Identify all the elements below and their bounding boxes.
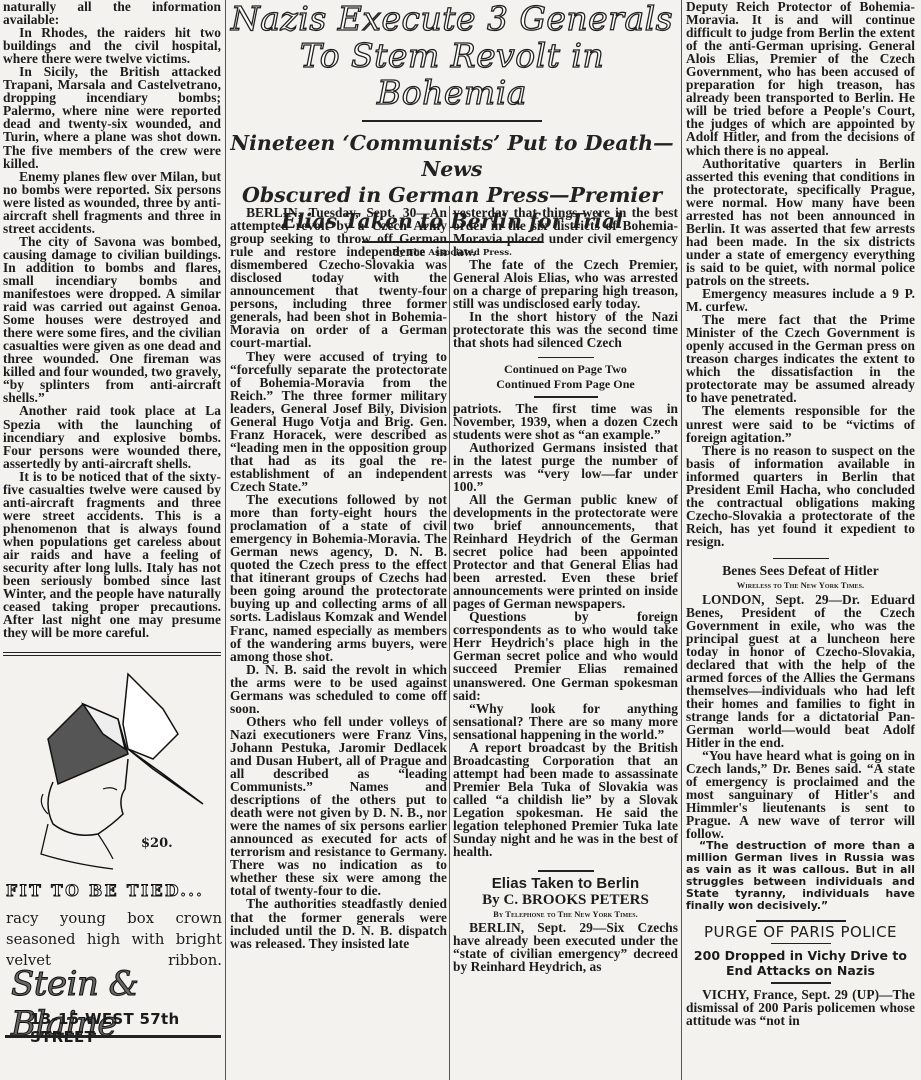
article-paragraph: naturally all the information available: [3,0,221,26]
section-rule [773,558,829,560]
headline-rule [362,120,542,122]
section-rule [756,920,846,922]
ad-price: $20. [141,836,173,851]
benes-headline: Benes Sees Defeat of Hitler [686,563,915,579]
article-paragraph: “You have heard what is going on in Czec… [686,749,915,840]
column-main-article: BERLIN, Tuesday, Sept. 30—An attempted r… [230,206,447,950]
section-rule [538,357,594,359]
sidebar-byline: By C. BROOKS PETERS [453,892,678,908]
article-paragraph: VICHY, France, Sept. 29 (UP)—The dismiss… [686,988,915,1027]
article-paragraph: In Sicily, the British attacked Trapani,… [3,65,221,169]
section-rule [771,943,831,945]
subheadline-line-1: Nineteen ‘Communists’ Put to Death—News [224,130,680,182]
article-paragraph: The elements responsible for the unrest … [686,404,915,443]
article-paragraph: “The destruction of more than a million … [686,840,915,912]
article-paragraph: LONDON, Sept. 29—Dr. Eduard Benes, Presi… [686,593,915,750]
article-paragraph: In Rhodes, the raiders hit two buildings… [3,26,221,65]
article-paragraph: Another raid took place at La Spezia wit… [3,404,221,469]
article-paragraph: There is no reason to suspect on the bas… [686,444,915,548]
article-paragraph: Authoritative quarters in Berlin asserte… [686,157,915,287]
section-rule [771,982,831,984]
article-paragraph: yesterday that things were in the best o… [453,206,678,258]
article-paragraph: Authorized Germans insisted that in the … [453,441,678,493]
article-paragraph: The fate of the Czech Premier, General A… [453,258,678,310]
article-paragraph: All the German public knew of developmen… [453,493,678,610]
section-rule [538,870,594,872]
column-rule [449,206,450,1080]
continued-from-label: Continued From Page One [453,377,678,392]
sidebar-wire-credit: By Telephone to The New York Times. [453,908,678,921]
article-paragraph: The mere fact that the Prime Minister of… [686,313,915,404]
main-headline-line-1: Nazis Execute 3 Generals [224,0,680,37]
article-paragraph: The authorities steadfastly denied that … [230,897,447,949]
article-paragraph: BERLIN, Sept. 29—Six Czechs have already… [453,921,678,973]
article-paragraph: Questions by foreign correspondents as t… [453,610,678,701]
column-rule [681,0,682,1080]
article-paragraph: It is to be noticed that of the sixty-fi… [3,470,221,640]
article-paragraph: Enemy planes flew over Milan, but no bom… [3,170,221,235]
article-paragraph: In the short history of the Nazi protect… [453,310,678,349]
main-headline-line-2: To Stem Revolt in Bohemia [224,37,680,111]
article-paragraph: BERLIN, Tuesday, Sept. 30—An attempted r… [230,206,447,350]
section-rule [534,396,598,398]
article-paragraph: The city of Savona was bombed, causing d… [3,235,221,405]
article-paragraph: patriots. The first time was in November… [453,402,678,441]
article-paragraph: Deputy Reich Protector of Bohemia-Moravi… [686,0,915,157]
article-paragraph: Others who fell under volleys of Nazi ex… [230,715,447,898]
purge-headline: PURGE OF PARIS POLICE [686,926,915,939]
column-main-article-continued: yesterday that things were in the best o… [453,206,678,973]
article-paragraph: They were accused of trying to “forceful… [230,350,447,494]
ad-bottom-rule [5,1035,221,1038]
woman-in-hat-illustration [13,664,213,874]
ad-address: 13-15 WEST 57th STREET [30,1010,221,1046]
article-paragraph: “Why look for anything sensational? Ther… [453,702,678,741]
article-paragraph: Emergency measures include a 9 P. M. cur… [686,287,915,313]
article-paragraph: The executions followed by not more than… [230,493,447,663]
sidebar-headline: Elias Taken to Berlin [453,876,678,892]
advertisement-stein-blaine: $20. FIT TO BE TIED... racy young box cr… [3,652,221,1031]
benes-wire-credit: Wireless to The New York Times. [686,579,915,592]
column-italy-raids: naturally all the information available:… [3,0,221,639]
continued-on-link[interactable]: Continued on Page Two [453,362,678,377]
ad-headline: FIT TO BE TIED... [6,881,204,900]
ad-copy: racy young box crown seasoned high with … [6,908,222,971]
purge-deck: 200 Dropped in Vichy Drive to End Attack… [686,948,915,978]
article-paragraph: D. N. B. said the revolt in which the ar… [230,663,447,715]
article-paragraph: A report broadcast by the British Broadc… [453,741,678,858]
column-continuation: Deputy Reich Protector of Bohemia-Moravi… [686,0,915,1027]
